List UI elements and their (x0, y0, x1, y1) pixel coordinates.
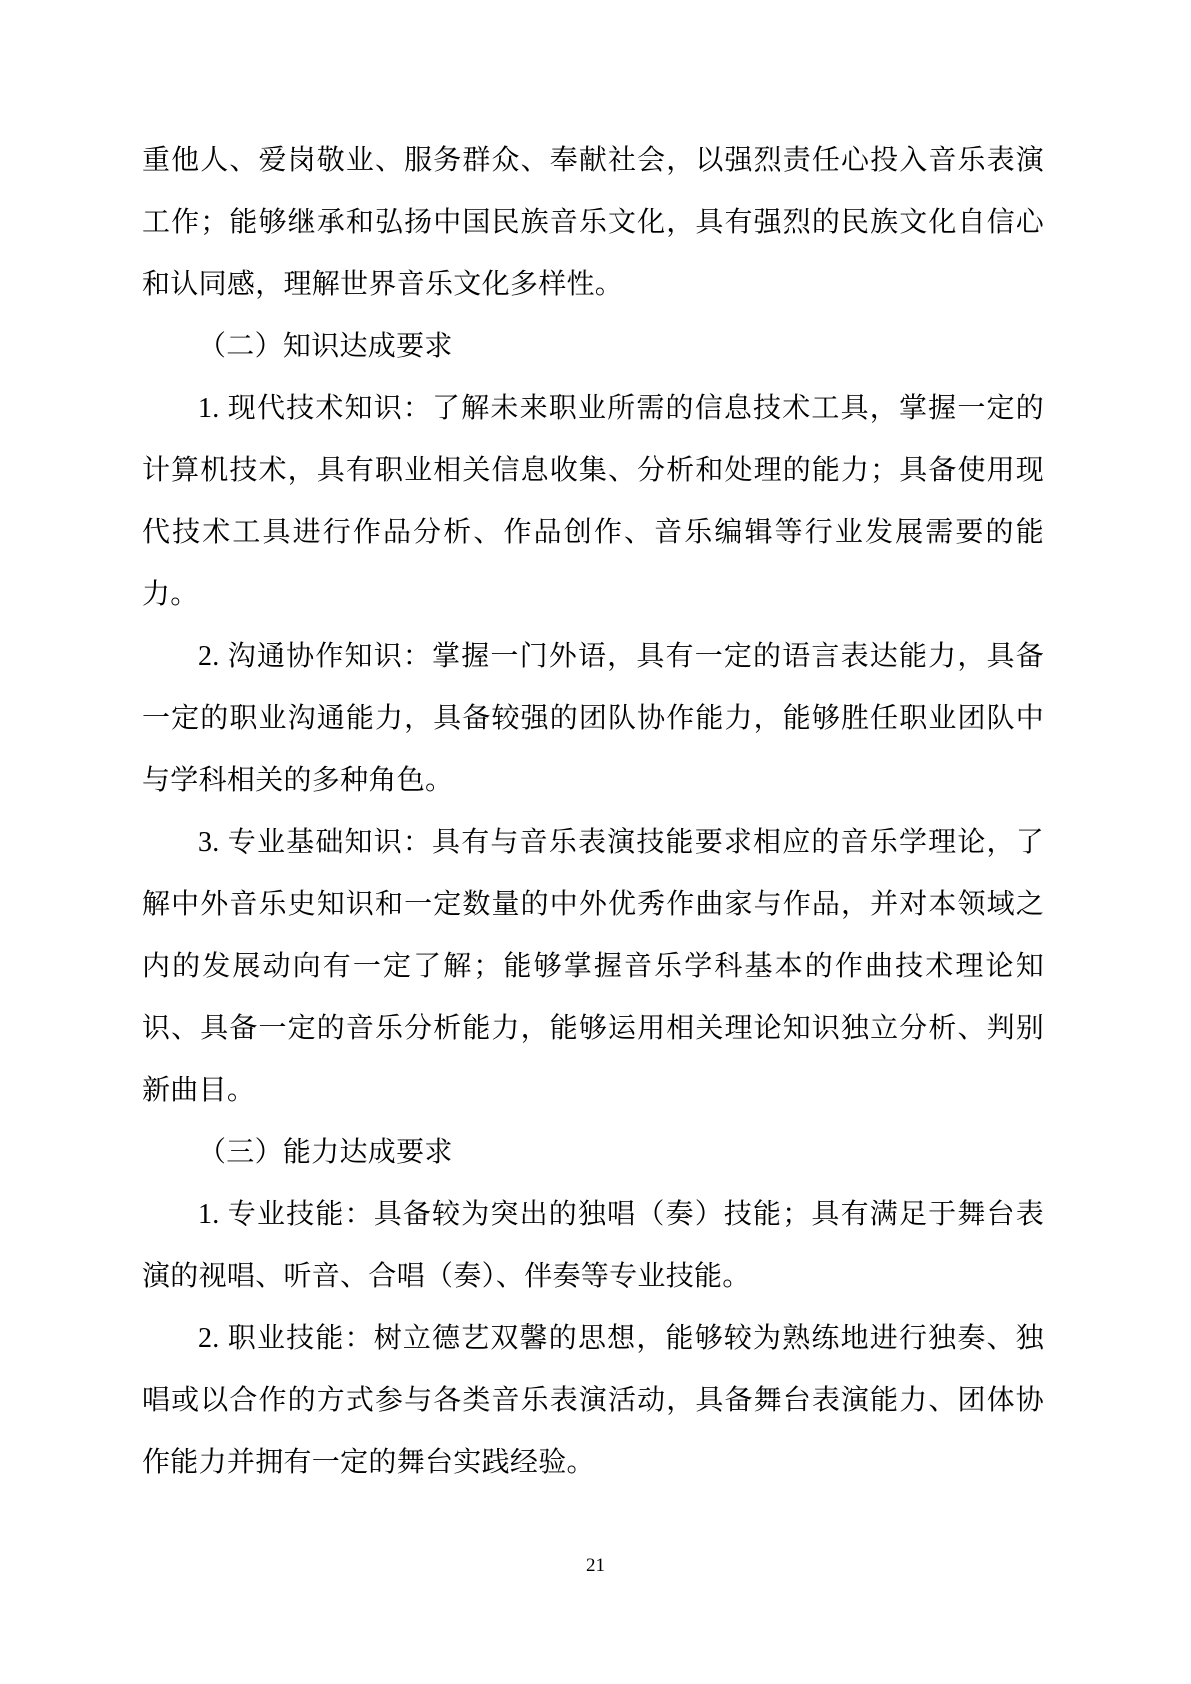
section-heading: （三）能力达成要求 (142, 1122, 1044, 1184)
paragraph: 2. 职业技能：树立德艺双馨的思想，能够较为熟练地进行独奏、独唱或以合作的方式参… (142, 1308, 1044, 1494)
paragraph: 1. 现代技术知识：了解未来职业所需的信息技术工具，掌握一定的计算机技术，具有职… (142, 378, 1044, 626)
paragraph: 1. 专业技能：具备较为突出的独唱（奏）技能；具有满足于舞台表演的视唱、听音、合… (142, 1184, 1044, 1308)
paragraph: 重他人、爱岗敬业、服务群众、奉献社会，以强烈责任心投入音乐表演工作；能够继承和弘… (142, 130, 1044, 316)
paragraph: 2. 沟通协作知识：掌握一门外语，具有一定的语言表达能力，具备一定的职业沟通能力… (142, 626, 1044, 812)
document-body: 重他人、爱岗敬业、服务群众、奉献社会，以强烈责任心投入音乐表演工作；能够继承和弘… (142, 130, 1044, 1494)
section-heading: （二）知识达成要求 (142, 316, 1044, 378)
paragraph: 3. 专业基础知识：具有与音乐表演技能要求相应的音乐学理论，了解中外音乐史知识和… (142, 812, 1044, 1122)
page-number: 21 (0, 1554, 1191, 1578)
document-page: 重他人、爱岗敬业、服务群众、奉献社会，以强烈责任心投入音乐表演工作；能够继承和弘… (0, 0, 1191, 1684)
